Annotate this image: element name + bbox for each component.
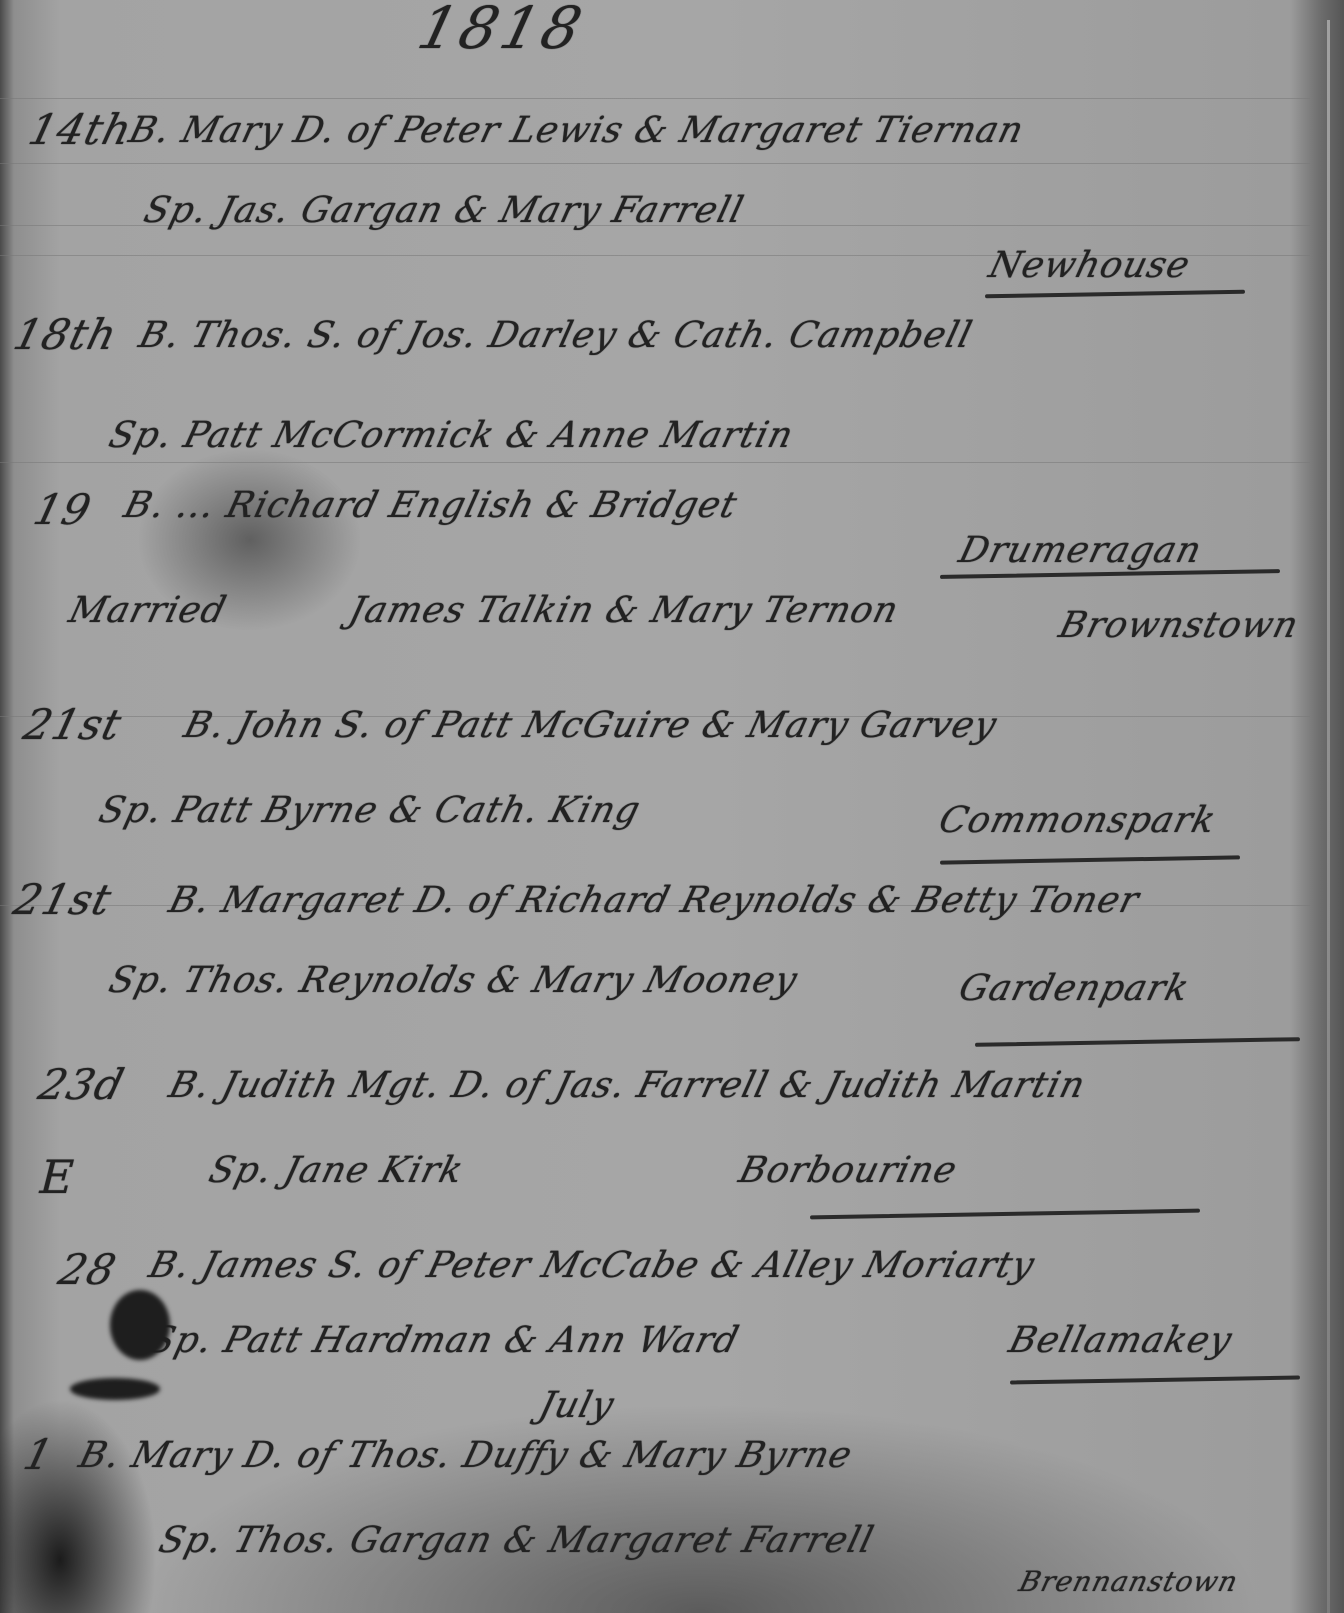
baptism-line: B. Judith Mgt. D. of Jas. Farrell & Judi…	[165, 1065, 1090, 1106]
margin-mark-e: E	[33, 1150, 81, 1204]
baptism-line: B. ... Richard English & Bridget	[120, 485, 742, 526]
entry-date: 21st	[9, 875, 117, 924]
entry-date: 21st	[19, 700, 127, 749]
townland: Borbourine	[735, 1150, 962, 1191]
baptism-line: B. Thos. S. of Jos. Darley & Cath. Campb…	[135, 315, 977, 356]
scanned-register-page: 1818 14th B. Mary D. of Peter Lewis & Ma…	[0, 0, 1344, 1613]
ruled-line	[0, 163, 1310, 164]
entry-date: 18th	[9, 310, 123, 359]
baptism-line: B. James S. of Peter McCabe & Alley Mori…	[145, 1245, 1039, 1286]
townland: Brennanstown	[1016, 1565, 1242, 1598]
townland-underline	[1010, 1375, 1300, 1384]
page-edge	[1327, 20, 1330, 1613]
townland-underline	[985, 290, 1245, 299]
year-heading: 1818	[412, 0, 593, 62]
baptism-line: B. Mary D. of Thos. Duffy & Mary Byrne	[75, 1435, 857, 1476]
ink-blot	[70, 1378, 160, 1400]
strike-line	[810, 1209, 1200, 1220]
entry-date: 19	[29, 485, 97, 534]
sponsors-line: Sp. Patt McCormick & Anne Martin	[105, 415, 798, 456]
entry-date: 14th	[24, 105, 138, 154]
townland: Commonspark	[935, 800, 1221, 841]
margin-label-married: Married	[65, 590, 231, 631]
ruled-line	[0, 98, 1310, 99]
townland: Bellamakey	[1005, 1320, 1237, 1361]
sponsors-line: Sp. Patt Hardman & Ann Ward	[145, 1320, 744, 1361]
month-heading: July	[535, 1385, 619, 1426]
entry-date: 1	[19, 1430, 59, 1479]
townland: Drumeragan	[955, 530, 1206, 571]
sponsors-line: Sp. Thos. Gargan & Margaret Farrell	[155, 1520, 878, 1561]
ink-blot	[110, 1290, 170, 1360]
baptism-line: B. Margaret D. of Richard Reynolds & Bet…	[165, 880, 1144, 921]
sponsors-line: Sp. Thos. Reynolds & Mary Mooney	[105, 960, 802, 1001]
townland-underline	[940, 855, 1240, 864]
sponsors-line: Sp. Patt Byrne & Cath. King	[95, 790, 645, 831]
townland-underline	[975, 1037, 1300, 1047]
sponsors-line: Sp. Jane Kirk	[205, 1150, 468, 1191]
townland: Gardenpark	[955, 968, 1194, 1009]
entry-date: 28	[54, 1245, 122, 1294]
ruled-line	[0, 462, 1310, 463]
baptism-line: B. John S. of Patt McGuire & Mary Garvey	[180, 705, 1001, 746]
townland: Brownstown	[1055, 605, 1303, 646]
entry-date: 23d	[34, 1060, 130, 1109]
townland: Newhouse	[985, 245, 1195, 286]
baptism-line: B. Mary D. of Peter Lewis & Margaret Tie…	[125, 110, 1028, 151]
marriage-line: James Talkin & Mary Ternon	[345, 590, 903, 631]
sponsors-line: Sp. Jas. Gargan & Mary Farrell	[140, 190, 748, 231]
